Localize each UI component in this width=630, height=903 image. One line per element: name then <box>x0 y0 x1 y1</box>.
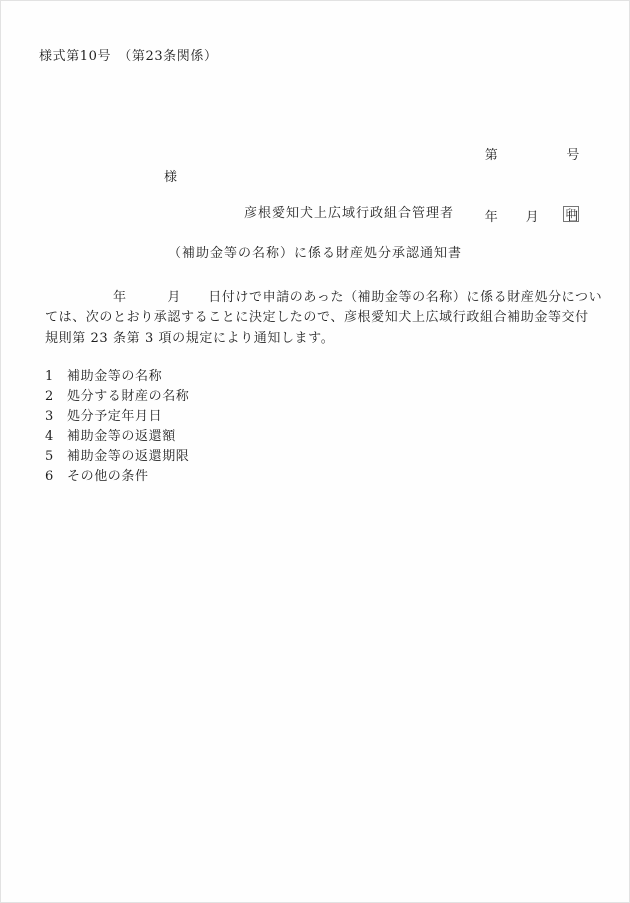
item-label: 補助金等の名称 <box>67 369 162 384</box>
item-label: 処分予定年月日 <box>67 409 162 424</box>
item-label: 補助金等の返還額 <box>67 429 176 444</box>
document-title: （補助金等の名称）に係る財産処分承認通知書 <box>1 244 629 264</box>
item-number: 1 <box>45 367 67 387</box>
list-item: 5補助金等の返還期限 <box>45 447 189 467</box>
list-item: 4補助金等の返還額 <box>45 427 189 447</box>
body-line-2: ては、次のとおり承認することに決定したので、彦根愛知犬上広域行政組合補助金等交付 <box>45 308 602 328</box>
item-label: 補助金等の返還期限 <box>67 449 189 464</box>
item-label: 処分する財産の名称 <box>67 389 189 404</box>
item-number: 4 <box>45 427 67 447</box>
item-number: 2 <box>45 387 67 407</box>
body-paragraph: 年 月 日付けで申請のあった（補助金等の名称）に係る財産処分につい ては、次のと… <box>45 288 602 349</box>
list-item: 1補助金等の名称 <box>45 367 189 387</box>
list-item: 3処分予定年月日 <box>45 407 189 427</box>
issuer-row: 彦根愛知犬上広域行政組合管理者 印 <box>244 204 579 224</box>
body-line-1: 年 月 日付けで申請のあった（補助金等の名称）に係る財産処分につい <box>45 288 602 308</box>
item-number: 6 <box>45 467 67 487</box>
item-label: その他の条件 <box>67 469 149 484</box>
document-page: 様式第10号 （第23条関係） 第 号 年 月 日 様 彦根愛知犬上広域行政組合… <box>0 0 630 903</box>
list-item: 6その他の条件 <box>45 467 189 487</box>
doc-number-line: 第 号 <box>485 146 580 167</box>
addressee-honorific: 様 <box>164 168 178 188</box>
issuer-name: 彦根愛知犬上広域行政組合管理者 <box>244 204 454 224</box>
item-number: 3 <box>45 407 67 427</box>
seal-mark: 印 <box>563 206 580 223</box>
item-number: 5 <box>45 447 67 467</box>
item-list: 1補助金等の名称 2処分する財産の名称 3処分予定年月日 4補助金等の返還額 5… <box>45 367 189 488</box>
body-line-3: 規則第 23 条第 3 項の規定により通知します。 <box>45 329 602 349</box>
form-number: 様式第10号 （第23条関係） <box>39 47 218 67</box>
list-item: 2処分する財産の名称 <box>45 387 189 407</box>
